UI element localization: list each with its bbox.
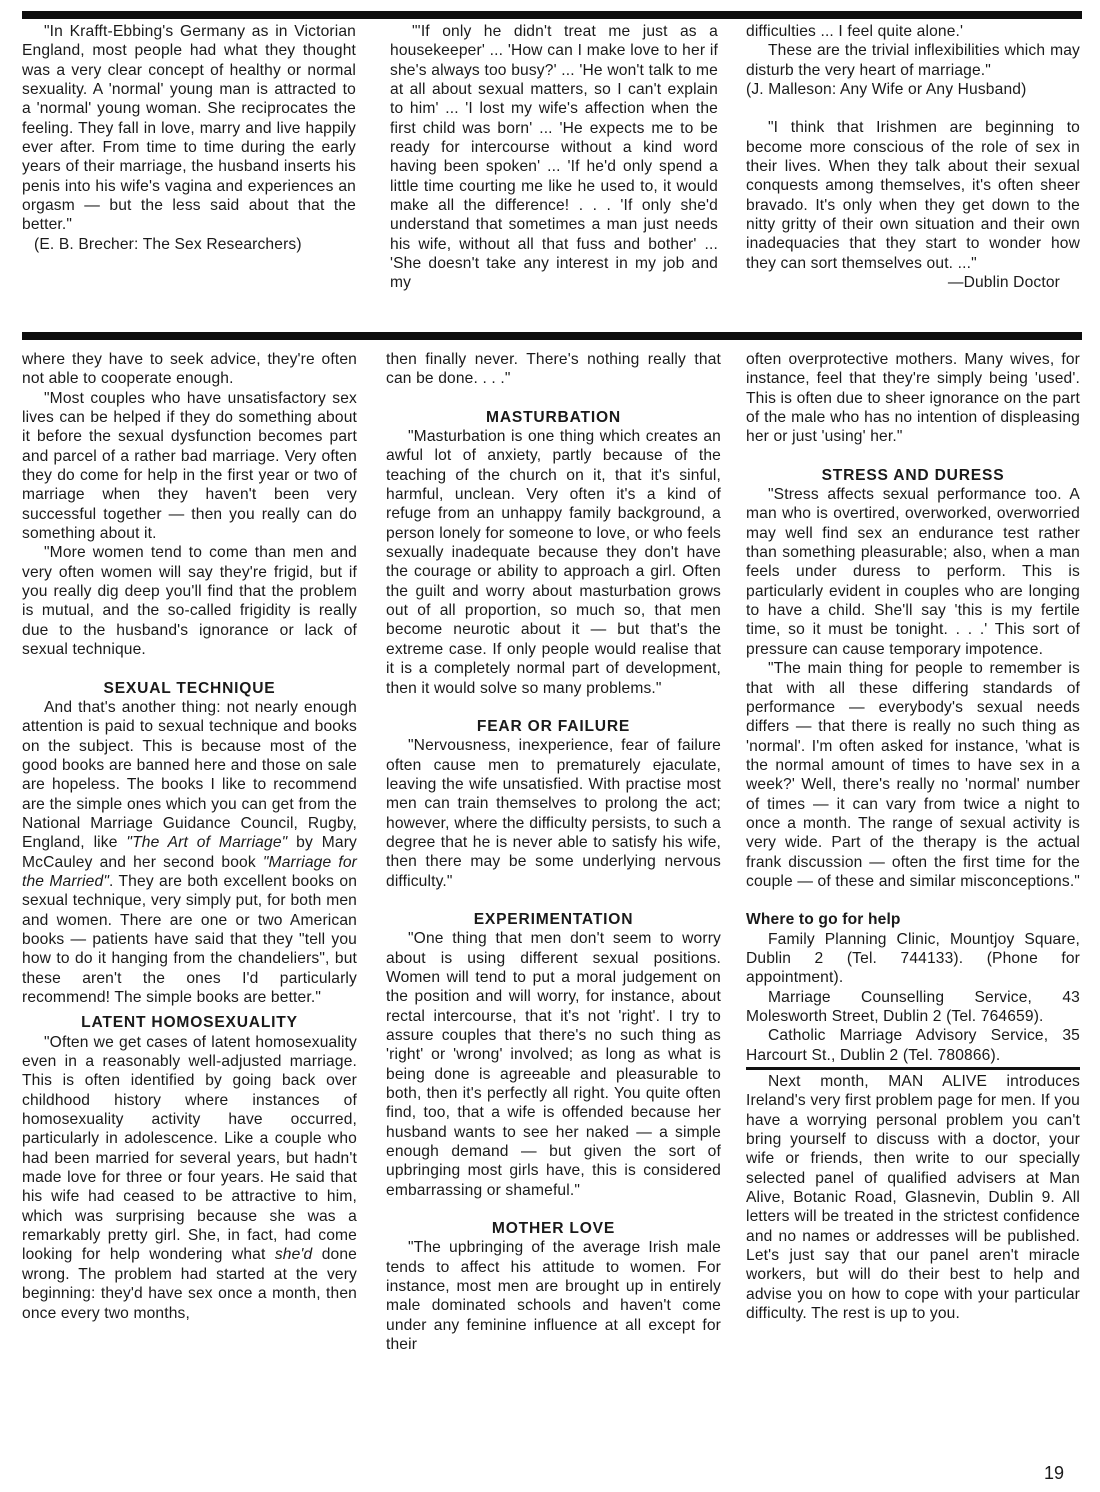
doctor-quote: "I think that Irishmen are beginning to …: [746, 118, 1080, 273]
quote-brecher: "In Krafft-Ebbing's Germany as in Victor…: [22, 22, 356, 254]
help-box: Where to go for help Family Planning Cli…: [746, 910, 1080, 1065]
section-heading-latent-homosexuality: LATENT HOMOSEXUALITY: [22, 1013, 357, 1032]
paragraph: "The upbringing of the average Irish mal…: [386, 1238, 721, 1354]
quote-text: These are the trivial inflexibilities wh…: [746, 41, 1080, 80]
help-entry: Family Planning Clinic, Mountjoy Square,…: [746, 930, 1080, 988]
article-column-2: then finally never. There's nothing real…: [386, 350, 721, 1355]
paragraph: then finally never. There's nothing real…: [386, 350, 721, 389]
quote-text: "In Krafft-Ebbing's Germany as in Victor…: [22, 22, 356, 235]
page-number: 19: [1044, 1463, 1064, 1484]
paragraph: "Most couples who have unsatisfactory se…: [22, 389, 357, 544]
paragraph: "The main thing for people to remember i…: [746, 659, 1080, 891]
section-heading-fear-or-failure: FEAR OR FAILURE: [386, 717, 721, 736]
paragraph: "Often we get cases of latent homosexual…: [22, 1033, 357, 1323]
paragraph: "More women tend to come than men and ve…: [22, 543, 357, 659]
section-heading-masturbation: MASTURBATION: [386, 408, 721, 427]
book-title: "The Art of Marriage": [126, 834, 287, 851]
paragraph: "One thing that men don't seem to worry …: [386, 929, 721, 1200]
quote-malleson-and-doctor: difficulties ... I feel quite alone.' Th…: [746, 22, 1080, 292]
paragraph: where they have to seek advice, they're …: [22, 350, 357, 389]
middle-rule: [22, 332, 1082, 340]
help-entry: Marriage Counselling Service, 43 Moleswo…: [746, 988, 1080, 1027]
quote-complaints: "'If only he didn't treat me just as a h…: [390, 22, 718, 293]
citation: (J. Malleson: Any Wife or Any Husband): [746, 80, 1080, 99]
attribution: —Dublin Doctor: [746, 273, 1080, 292]
citation: (E. B. Brecher: The Sex Researchers): [22, 235, 356, 254]
article-column-1: where they have to seek advice, they're …: [22, 350, 357, 1323]
paragraph: And that's another thing: not nearly eno…: [22, 698, 357, 1008]
article-column-3: often overprotective mothers. Many wives…: [746, 350, 1080, 1324]
paragraph: "Masturbation is one thing which creates…: [386, 427, 721, 698]
top-rule: [22, 11, 1082, 19]
help-entry: Catholic Marriage Advisory Service, 35 H…: [746, 1026, 1080, 1065]
paragraph: often overprotective mothers. Many wives…: [746, 350, 1080, 447]
paragraph: "Stress affects sexual performance too. …: [746, 485, 1080, 659]
section-heading-sexual-technique: SEXUAL TECHNIQUE: [22, 679, 357, 698]
quote-text: "'If only he didn't treat me just as a h…: [390, 22, 718, 293]
help-divider: [746, 1067, 1080, 1070]
help-heading: Where to go for help: [746, 910, 1080, 929]
section-heading-experimentation: EXPERIMENTATION: [386, 910, 721, 929]
paragraph: "Nervousness, inexperience, fear of fail…: [386, 736, 721, 891]
section-heading-mother-love: MOTHER LOVE: [386, 1219, 721, 1238]
quote-continued: difficulties ... I feel quite alone.': [746, 22, 1080, 41]
section-heading-stress-and-duress: STRESS AND DURESS: [746, 466, 1080, 485]
next-month-notice: Next month, MAN ALIVE introduces Ireland…: [746, 1072, 1080, 1323]
